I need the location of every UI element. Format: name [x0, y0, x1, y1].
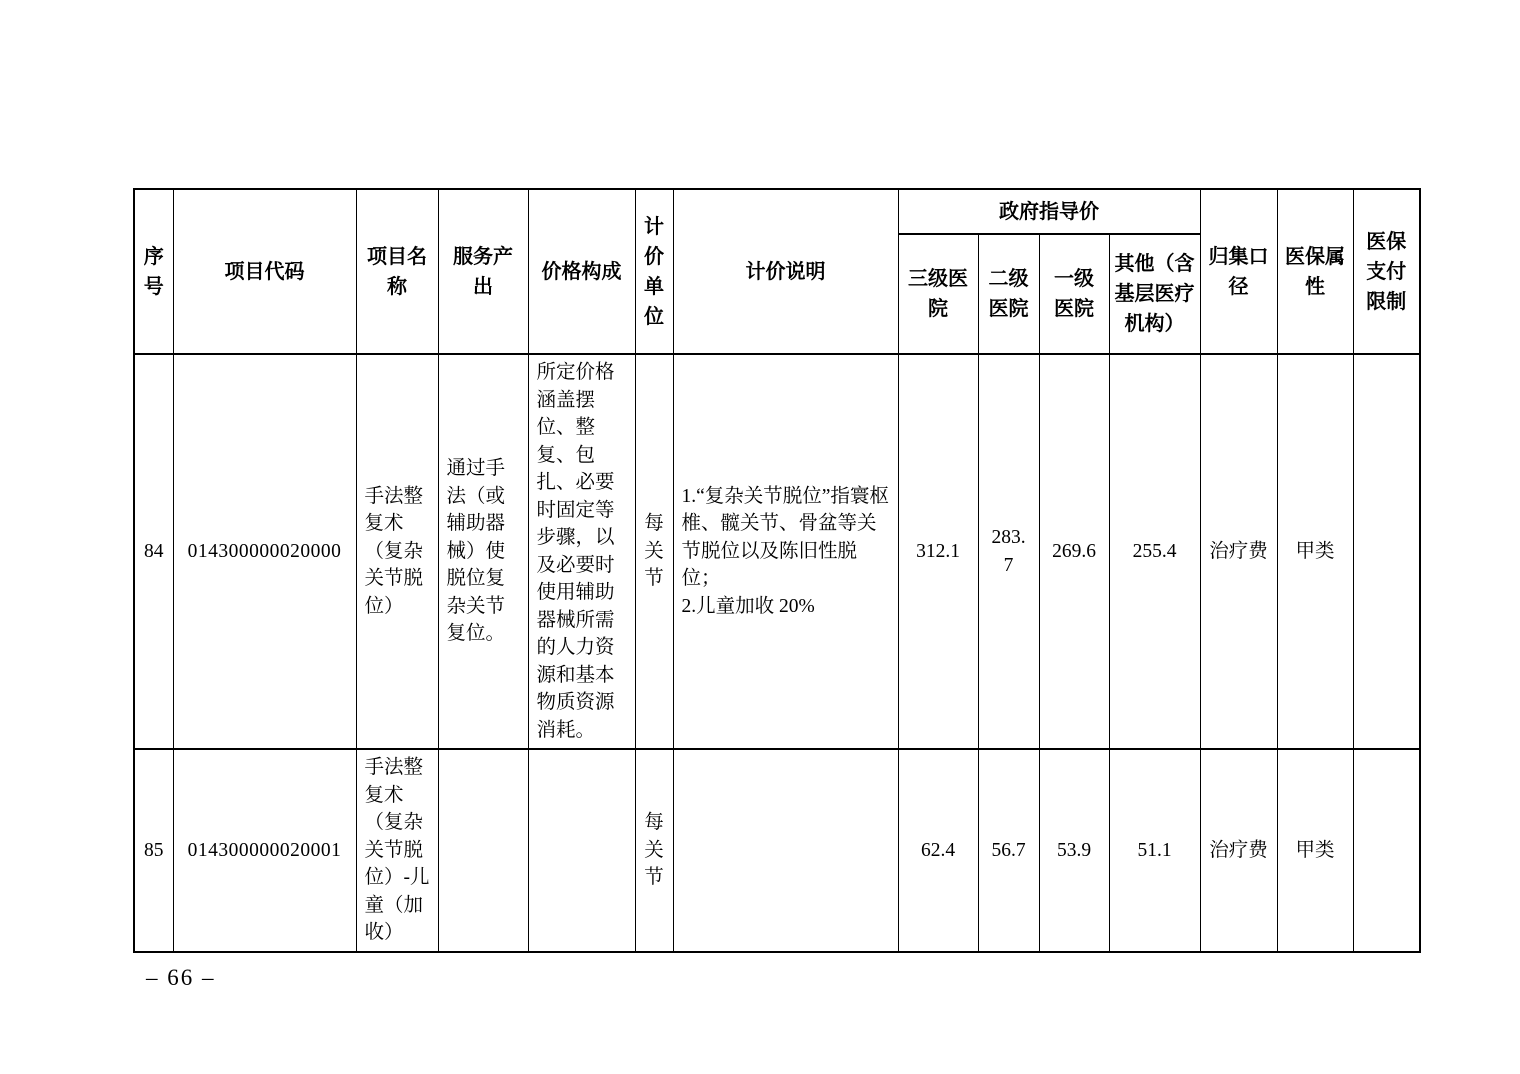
header-price-composition: 价格构成	[528, 189, 635, 354]
cell-name: 手法整复术（复杂关节脱位）	[356, 354, 438, 749]
header-tier1: 一级医院	[1039, 234, 1109, 354]
cell-payment-limit	[1353, 749, 1420, 952]
header-row-top: 序号 项目代码 项目名称 服务产出 价格构成 计价单位 计价说明 政府指导价 归…	[134, 189, 1420, 234]
page-number: – 66 –	[146, 965, 216, 991]
cell-output	[438, 749, 528, 952]
cell-code: 014300000020000	[173, 354, 356, 749]
cell-category: 治疗费	[1200, 354, 1277, 749]
cell-price-composition	[528, 749, 635, 952]
cell-code: 014300000020001	[173, 749, 356, 952]
table-row: 84 014300000020000 手法整复术（复杂关节脱位） 通过手法（或辅…	[134, 354, 1420, 749]
cell-unit: 每关节	[635, 749, 673, 952]
header-output: 服务产出	[438, 189, 528, 354]
table-row: 85 014300000020001 手法整复术（复杂关节脱位）-儿童（加收） …	[134, 749, 1420, 952]
cell-insurance: 甲类	[1277, 749, 1353, 952]
cell-tier2-price: 56.7	[978, 749, 1039, 952]
cell-tier3-price: 62.4	[898, 749, 978, 952]
cell-category: 治疗费	[1200, 749, 1277, 952]
cell-unit: 每关节	[635, 354, 673, 749]
header-insurance: 医保属性	[1277, 189, 1353, 354]
header-unit: 计价单位	[635, 189, 673, 354]
header-category: 归集口径	[1200, 189, 1277, 354]
cell-other-price: 51.1	[1109, 749, 1200, 952]
cell-output: 通过手法（或辅助器械）使脱位复杂关节复位。	[438, 354, 528, 749]
cell-pricing-note	[673, 749, 898, 952]
price-table: 序号 项目代码 项目名称 服务产出 价格构成 计价单位 计价说明 政府指导价 归…	[133, 188, 1421, 953]
cell-pricing-note: 1.“复杂关节脱位”指寰枢椎、髋关节、骨盆等关节脱位以及陈旧性脱位； 2.儿童加…	[673, 354, 898, 749]
header-tier2: 二级医院	[978, 234, 1039, 354]
header-seq: 序号	[134, 189, 173, 354]
cell-tier3-price: 312.1	[898, 354, 978, 749]
header-gov-price-group: 政府指导价	[898, 189, 1200, 234]
header-payment-limit: 医保支付限制	[1353, 189, 1420, 354]
header-pricing-note: 计价说明	[673, 189, 898, 354]
cell-insurance: 甲类	[1277, 354, 1353, 749]
header-tier3: 三级医院	[898, 234, 978, 354]
cell-tier1-price: 269.6	[1039, 354, 1109, 749]
cell-seq: 85	[134, 749, 173, 952]
document-page: 序号 项目代码 项目名称 服务产出 价格构成 计价单位 计价说明 政府指导价 归…	[0, 0, 1520, 1074]
cell-seq: 84	[134, 354, 173, 749]
cell-name: 手法整复术（复杂关节脱位）-儿童（加收）	[356, 749, 438, 952]
cell-tier1-price: 53.9	[1039, 749, 1109, 952]
header-code: 项目代码	[173, 189, 356, 354]
cell-price-composition: 所定价格涵盖摆位、整复、包扎、必要时固定等步骤，以及必要时使用辅助器械所需的人力…	[528, 354, 635, 749]
cell-tier2-price: 283.7	[978, 354, 1039, 749]
header-other: 其他（含基层医疗机构）	[1109, 234, 1200, 354]
cell-payment-limit	[1353, 354, 1420, 749]
header-name: 项目名称	[356, 189, 438, 354]
cell-other-price: 255.4	[1109, 354, 1200, 749]
